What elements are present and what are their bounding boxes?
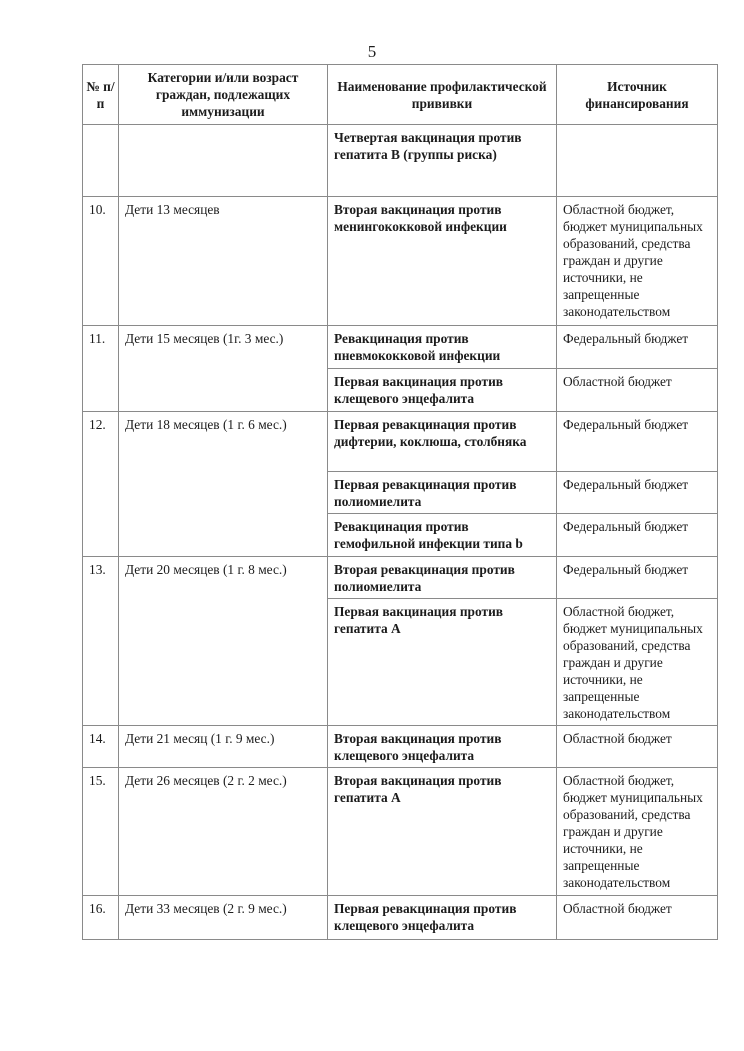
funding-source: Федеральный бюджет (557, 514, 718, 557)
table-row: 14.Дети 21 месяц (1 г. 9 мес.)Вторая вак… (83, 726, 718, 768)
funding-source (557, 125, 718, 197)
table-row: 12.Дети 18 месяцев (1 г. 6 мес.)Первая р… (83, 412, 718, 472)
header-category: Категории и/или возраст граждан, подлежа… (119, 65, 328, 125)
row-number: 11. (83, 326, 119, 412)
funding-source: Областной бюджет, бюджет муниципальных о… (557, 197, 718, 326)
table-header-row: № п/ п Категории и/или возраст граждан, … (83, 65, 718, 125)
vaccination-name: Первая вакцинация против гепатита А (328, 599, 557, 726)
funding-source: Областной бюджет (557, 369, 718, 412)
row-number: 15. (83, 768, 119, 896)
vaccination-schedule-table: № п/ п Категории и/или возраст граждан, … (82, 64, 718, 940)
age-category: Дети 21 месяц (1 г. 9 мес.) (119, 726, 328, 768)
page-number: 5 (0, 42, 744, 62)
vaccination-name: Вторая вакцинация против менингококковой… (328, 197, 557, 326)
table-row: 15.Дети 26 месяцев (2 г. 2 мес.)Вторая в… (83, 768, 718, 896)
vaccination-name: Четвертая вакцинация против гепатита В (… (328, 125, 557, 197)
row-number: 13. (83, 557, 119, 726)
row-number: 14. (83, 726, 119, 768)
table-row: 11.Дети 15 месяцев (1г. 3 мес.)Ревакцина… (83, 326, 718, 369)
table-row: 13.Дети 20 месяцев (1 г. 8 мес.)Вторая р… (83, 557, 718, 599)
funding-source: Федеральный бюджет (557, 472, 718, 514)
age-category: Дети 13 месяцев (119, 197, 328, 326)
vaccination-name: Ревакцинация против пневмококковой инфек… (328, 326, 557, 369)
vaccination-name: Первая ревакцинация против клещевого энц… (328, 896, 557, 940)
funding-source: Областной бюджет (557, 896, 718, 940)
funding-source: Областной бюджет, бюджет муниципальных о… (557, 768, 718, 896)
vaccination-name: Первая вакцинация против клещевого энцеф… (328, 369, 557, 412)
age-category (119, 125, 328, 197)
row-number: 16. (83, 896, 119, 940)
funding-source: Федеральный бюджет (557, 412, 718, 472)
table-row: Четвертая вакцинация против гепатита В (… (83, 125, 718, 197)
header-number: № п/ п (83, 65, 119, 125)
funding-source: Областной бюджет, бюджет муниципальных о… (557, 599, 718, 726)
age-category: Дети 18 месяцев (1 г. 6 мес.) (119, 412, 328, 557)
funding-source: Федеральный бюджет (557, 326, 718, 369)
funding-source: Областной бюджет (557, 726, 718, 768)
age-category: Дети 20 месяцев (1 г. 8 мес.) (119, 557, 328, 726)
row-number (83, 125, 119, 197)
vaccination-name: Вторая вакцинация против клещевого энцеф… (328, 726, 557, 768)
header-funding: Источник финансирования (557, 65, 718, 125)
age-category: Дети 33 месяцев (2 г. 9 мес.) (119, 896, 328, 940)
funding-source: Федеральный бюджет (557, 557, 718, 599)
table-row: 10.Дети 13 месяцевВторая вакцинация прот… (83, 197, 718, 326)
vaccination-name: Ревакцинация против гемофильной инфекции… (328, 514, 557, 557)
table-row: 16.Дети 33 месяцев (2 г. 9 мес.)Первая р… (83, 896, 718, 940)
vaccination-name: Вторая вакцинация против гепатита А (328, 768, 557, 896)
header-vaccination: Наименование профилактической прививки (328, 65, 557, 125)
vaccination-name: Первая ревакцинация против полиомиелита (328, 472, 557, 514)
row-number: 12. (83, 412, 119, 557)
vaccination-name: Первая ревакцинация против дифтерии, кок… (328, 412, 557, 472)
table-body: Четвертая вакцинация против гепатита В (… (83, 125, 718, 940)
vaccination-name: Вторая ревакцинация против полиомиелита (328, 557, 557, 599)
row-number: 10. (83, 197, 119, 326)
age-category: Дети 26 месяцев (2 г. 2 мес.) (119, 768, 328, 896)
age-category: Дети 15 месяцев (1г. 3 мес.) (119, 326, 328, 412)
